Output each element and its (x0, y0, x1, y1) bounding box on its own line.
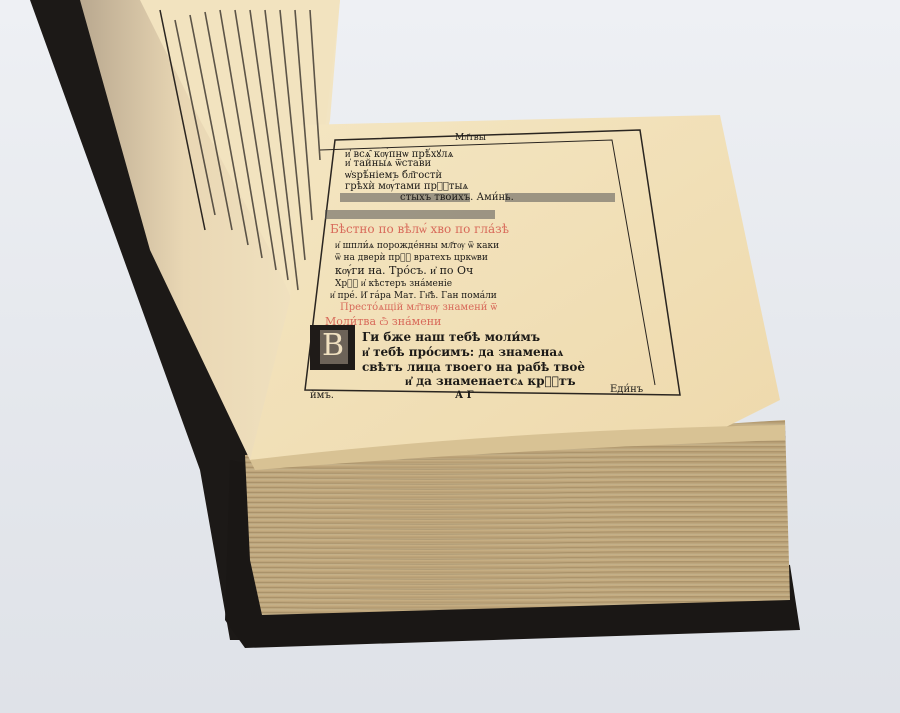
text-line: Хрⷭ҇ и҆ кѣстеръ зна́меніе (335, 278, 452, 289)
text-line: грѣхѝ мѹ́тами прⷭ҇тыѧ (345, 181, 468, 192)
text-line: ѿ на дверѝ прⷭ҇ вратехъ цркѡви (335, 252, 488, 263)
rubric-line: Престо́ѧщій мл҃твѹ знамени́ ѿ (340, 302, 497, 313)
open-page (250, 115, 780, 460)
rubric-line: Моли́тва ѽ зна́мени (325, 315, 441, 328)
large-text-line: и҆ тебѣ про́симъ: да знаменаѧ (362, 345, 563, 360)
text-line: стыхъ твоихъ. Ами́нь. (400, 192, 514, 203)
large-text-line: Ги бже наш тебѣ моли́мъ (362, 330, 540, 344)
text-line: кѹ́ги на. Тро́съ. и҆ по Оч (335, 264, 473, 277)
text-line: ѡ҆ѕрѣ́ніемъ бл҃гостѝ (345, 170, 442, 181)
drop-cap: В (322, 328, 344, 363)
footer-right: Еди́нъ (610, 384, 643, 395)
rubric-line: Бѣстно по вѣлѡ́ хво по гла́зѣ (330, 222, 509, 237)
text-line: и҆ пре́. И҆ га́ра Мат. Гн҃ѣ. Ган пома́ли (330, 290, 497, 301)
footer-left: ѝмъ. (310, 390, 334, 401)
text-line: и҆ тайныѧ ѿстави (345, 158, 431, 169)
text-line: и҆ шпли́ѧ порожде́нны мл҃тѹ ѿ каки (335, 240, 499, 251)
page-number: А Г (455, 390, 474, 401)
page-header: Мл҃твы (455, 132, 486, 143)
book-photograph: Мл҃твы и҆ всѧ̑ кѹ́пнѡ прѣ́хꙋлѧ и҆ тайныѧ… (0, 0, 900, 713)
large-text-line: свѣтъ лица твоего на рабѣ твоѐ (362, 360, 585, 374)
large-text-line: и҆ да знаменаетсѧ крⷭ҇тъ (405, 374, 576, 389)
